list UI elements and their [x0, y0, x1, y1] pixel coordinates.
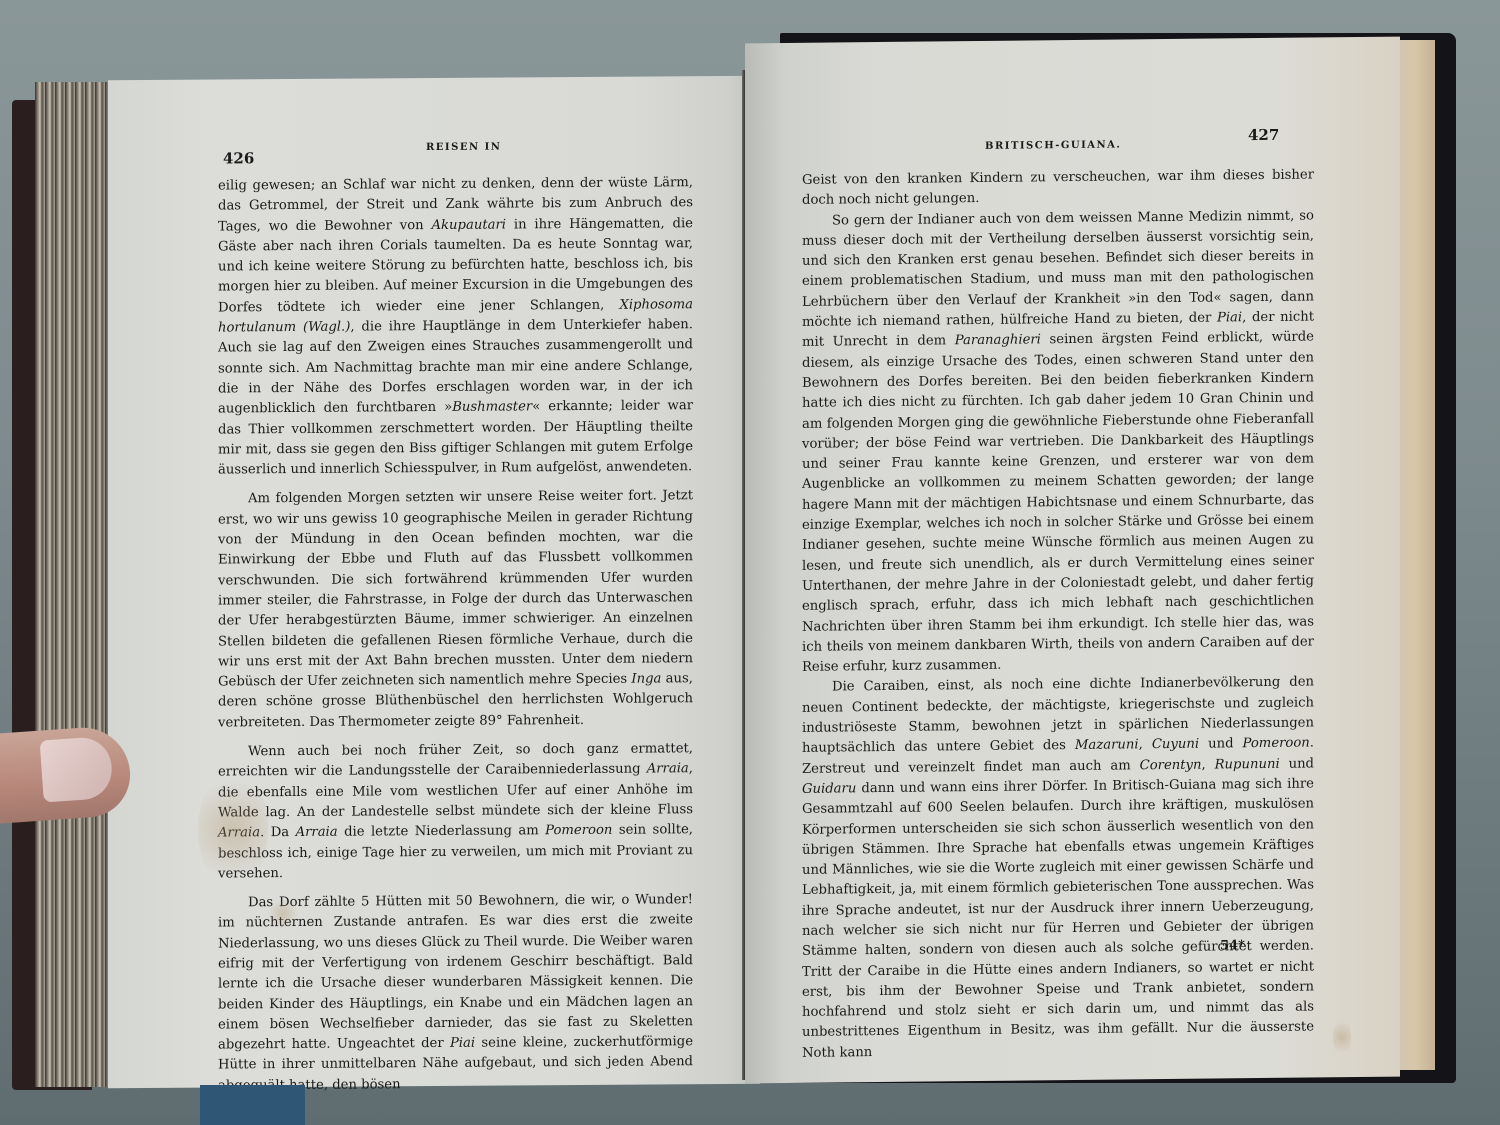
paragraph: eilig gewesen; an Schlaf war nicht zu de… [218, 173, 693, 481]
thumbnail-nail [40, 736, 114, 803]
paragraph: Die Caraiben, einst, als noch eine dicht… [802, 673, 1314, 1064]
page-number-right: 427 [1248, 126, 1279, 144]
paper-stain [1333, 1017, 1351, 1057]
left-page: 426 REISEN IN eilig gewesen; an Schlaf w… [108, 76, 760, 1089]
right-page: 427 BRITISCH-GUIANA. Geist von den krank… [745, 37, 1400, 1084]
right-page-body: Geist von den kranken Kindern zu versche… [802, 165, 1314, 1063]
paper-stain [268, 899, 298, 929]
running-head-left: REISEN IN [426, 142, 501, 154]
page-number-left: 426 [223, 149, 254, 167]
signature-mark: 54* [1220, 938, 1245, 953]
blue-object-under-book [200, 1085, 305, 1125]
left-page-stack-edges [35, 82, 115, 1087]
running-head-right: BRITISCH-GUIANA. [985, 139, 1121, 151]
paragraph: Wenn auch bei noch früher Zeit, so doch … [218, 739, 693, 884]
paper-stain [198, 769, 268, 889]
paragraph: Geist von den kranken Kindern zu versche… [802, 165, 1314, 211]
paragraph: Am folgenden Morgen setzten wir unsere R… [218, 487, 693, 734]
paragraph: So gern der Indianer auch von dem weisse… [802, 206, 1314, 678]
left-page-body: eilig gewesen; an Schlaf war nicht zu de… [218, 173, 693, 1096]
right-page-stack-edges [1395, 40, 1435, 1070]
